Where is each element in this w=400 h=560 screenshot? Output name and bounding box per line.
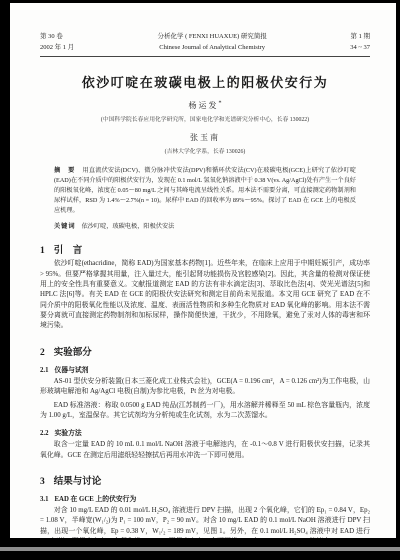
section-2-number: 2 <box>40 348 45 358</box>
subsection-2-2-heading: 2.2实验方法 <box>40 427 370 437</box>
author-2-affiliation: (吉林大学化学系，长春 130026) <box>40 146 370 155</box>
section-1-paragraph: 依沙叮啶(ethacridine，简称 EAD)为国家基本药物[1]。近些年来，… <box>40 259 370 332</box>
volume-line: 第 30 卷 <box>40 31 74 42</box>
section-1-heading: 1引 言 <box>40 242 370 256</box>
journal-title-en: Chinese Journal of Analytical Chemistry <box>157 42 266 53</box>
header-left: 第 30 卷 2002 年 1 月 <box>40 31 74 53</box>
abstract-block: 摘 要用直流伏安法(DCV)、微分脉冲伏安法(DPV)和循环伏安法(CV)在玻碳… <box>54 166 356 216</box>
subsection-2-1-paragraph-2: EAD 标准溶液：称取 0.0500 g EAD 纯品(江苏制药一厂)，用水溶解… <box>40 401 370 422</box>
subsection-3-1-title: EAD 在 GCE 上的伏安行为 <box>55 496 137 503</box>
subsection-2-1-paragraph-1: AS-01 型伏安分析装置(日本三菱化成工业株式会社)，GCE(A = 0.19… <box>40 377 370 398</box>
subsection-3-1-number: 3.1 <box>40 496 49 503</box>
keywords-text: 依沙叮啶，玻碳电极，阳极伏安法 <box>82 223 175 230</box>
subsection-2-1-title: 仪器与试剂 <box>55 367 89 374</box>
author-2-name: 张玉南 <box>190 133 220 142</box>
pages-line: 34 ~ 37 <box>350 42 370 53</box>
subsection-2-2-number: 2.2 <box>40 430 49 437</box>
section-1-number: 1 <box>40 246 45 256</box>
journal-title-cn: 分析化学 ( FENXI HUAXUE) 研究简报 <box>157 31 266 42</box>
article-title: 依沙叮啶在玻碳电极上的阳极伏安行为 <box>40 72 370 91</box>
section-2-title: 实验部分 <box>54 348 92 358</box>
abstract-text: 用直流伏安法(DCV)、微分脉冲伏安法(DPV)和循环伏安法(CV)在玻碳电极(… <box>54 167 356 214</box>
abstract-label: 摘 要 <box>54 167 77 174</box>
section-1-title: 引 言 <box>54 246 83 256</box>
subsection-2-1-number: 2.1 <box>40 367 49 374</box>
paper-page: 第 30 卷 2002 年 1 月 分析化学 ( FENXI HUAXUE) 研… <box>10 3 396 538</box>
date-line: 2002 年 1 月 <box>40 42 74 53</box>
section-3-title: 结果与讨论 <box>54 477 102 487</box>
header-center: 分析化学 ( FENXI HUAXUE) 研究简报 Chinese Journa… <box>157 31 266 53</box>
author-1-name: 杨运发 <box>189 101 219 110</box>
subsection-3-1-paragraph: 对含 10 mg/L EAD 的 0.01 mol/L H₂SO₄ 溶液进行 D… <box>40 506 370 538</box>
subsection-3-1-heading: 3.1EAD 在 GCE 上的伏安行为 <box>40 493 370 503</box>
scan-edge-stripe <box>0 547 400 551</box>
keywords-block: 关键词依沙叮啶，玻碳电极，阳极伏安法 <box>54 221 356 230</box>
author-2: 张玉南 <box>40 132 370 143</box>
keywords-label: 关键词 <box>54 223 76 230</box>
journal-header: 第 30 卷 2002 年 1 月 分析化学 ( FENXI HUAXUE) 研… <box>40 31 370 57</box>
scanned-page-background: 第 30 卷 2002 年 1 月 分析化学 ( FENXI HUAXUE) 研… <box>0 0 400 560</box>
author-1-affiliation: (中国科学院长春应用化学研究所，国家电化学和光谱研究分析中心，长春 130022… <box>40 114 370 123</box>
header-right: 第 1 期 34 ~ 37 <box>350 31 370 53</box>
subsection-2-2-title: 实验方法 <box>55 430 82 437</box>
author-1-mark: * <box>219 100 222 106</box>
subsection-2-1-heading: 2.1仪器与试剂 <box>40 364 370 374</box>
section-3-heading: 3结果与讨论 <box>40 473 370 487</box>
author-1: 杨运发* <box>40 100 370 111</box>
section-2-heading: 2实验部分 <box>40 344 370 358</box>
subsection-2-2-paragraph: 取含一定量 EAD 的 10 mL 0.1 mol/L NaOH 溶液于电解池内… <box>40 440 370 461</box>
issue-line: 第 1 期 <box>350 31 370 42</box>
section-3-number: 3 <box>40 477 45 487</box>
